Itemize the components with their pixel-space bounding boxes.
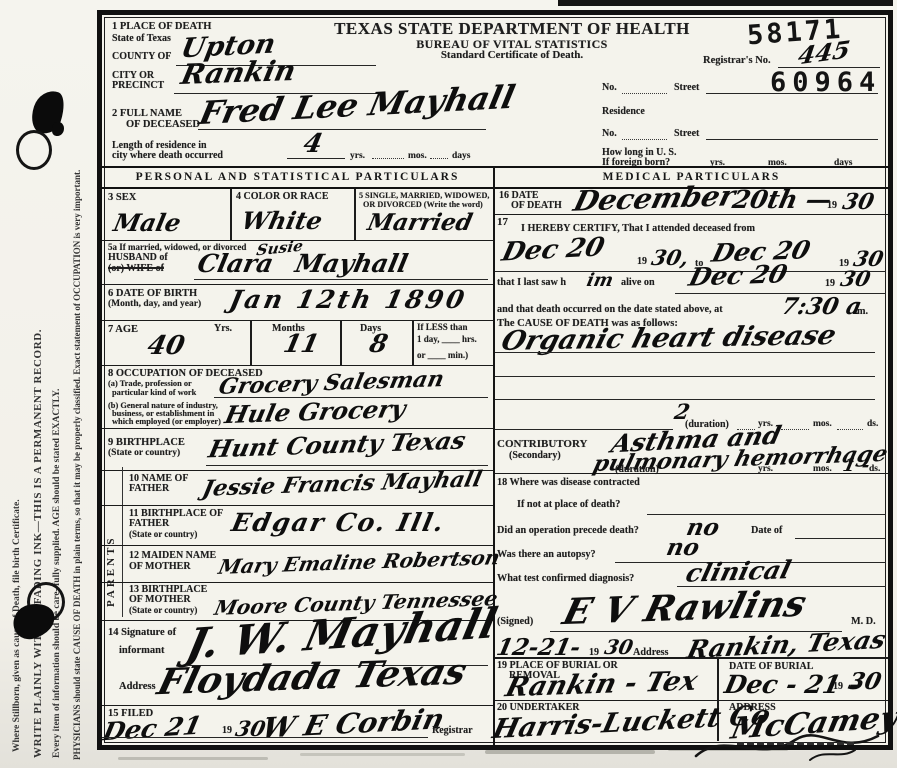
rule — [706, 93, 878, 94]
dob-label-2: (Month, day, and year) — [108, 300, 201, 310]
birthplace-label: 9 BIRTHPLACE — [108, 437, 185, 448]
rule — [198, 129, 486, 130]
full-name-label: 2 FULL NAME — [112, 108, 182, 119]
race-label: 4 COLOR OR RACE — [236, 192, 329, 203]
death-time-handwritten: 7:30 a — [780, 295, 864, 318]
cause-of-death-handwritten: Organic heart disease — [499, 322, 840, 355]
rule — [206, 465, 488, 466]
sex-label: 3 SEX — [108, 192, 136, 203]
residence-label: Residence — [602, 107, 645, 118]
saw-year-handwritten: 30 — [839, 268, 873, 289]
row-date-of-death: 16 DATE OF DEATH December 20th — 19 30 — [495, 189, 888, 215]
scan-streak — [485, 750, 655, 754]
death-year-prefix: 19 — [827, 201, 837, 212]
autopsy-label: Was there an autopsy? — [497, 550, 596, 561]
rule — [781, 429, 809, 430]
rule — [495, 376, 875, 377]
occupation-b-value-handwritten: Hule Grocery — [223, 397, 408, 427]
occupation-b3: which employed (or employer) — [112, 418, 221, 427]
saw-year-prefix: 19 — [825, 279, 835, 290]
standard-certificate-label: Standard Certificate of Death. — [327, 50, 697, 62]
row-certification: 17 I HEREBY CERTIFY, That I attended dec… — [495, 215, 888, 474]
age-less-label-3: or ____ min.) — [417, 351, 468, 360]
county-of-label: COUNTY OF — [112, 52, 171, 63]
father-bp-label-3: (State or country) — [129, 530, 197, 539]
from-year-handwritten: 30, — [650, 247, 691, 268]
informant-address-label: Address — [119, 681, 156, 692]
age-less-label-2: 1 day, ____ hrs. — [417, 335, 477, 344]
filed-date-handwritten: Dec 21 — [100, 713, 203, 745]
occupation-a-value-handwritten: Grocery Salesman — [217, 368, 446, 398]
burial-year-handwritten: 30 — [847, 670, 884, 693]
physician-address-label: Address — [633, 648, 668, 659]
divider — [412, 321, 414, 365]
physician-date-handwritten: 12-21- — [495, 636, 583, 659]
length-residence-value-handwritten: 4 — [301, 131, 325, 157]
age-months-value-handwritten: 11 — [281, 331, 321, 356]
certify-number: 17 — [497, 217, 508, 229]
rule — [647, 514, 886, 515]
dob-value-handwritten: Jan 12th 1890 — [227, 287, 469, 312]
registrar-no-label: Registrar's No. — [703, 55, 771, 66]
if-not-at-place-label: If not at place of death? — [517, 500, 620, 511]
rule — [372, 158, 404, 159]
of-deceased-label: OF DECEASED — [126, 119, 200, 130]
race-value-handwritten: White — [239, 209, 324, 233]
age-less-label-1: If LESS than — [417, 323, 468, 332]
title-block: TEXAS STATE DEPARTMENT OF HEALTH BUREAU … — [327, 20, 697, 62]
spouse-label-3-struck: (or) WIFE of — [108, 264, 164, 275]
spouse-value-handwritten: Clara Mayhall — [195, 251, 410, 276]
physician-signature-handwritten: E V Rawlins — [559, 586, 810, 630]
row-mother-maiden: 12 MAIDEN NAME OF MOTHER Mary Emaline Ro… — [102, 546, 493, 583]
row-informant: 14 Signature of informant J. W. Mayhall … — [102, 621, 493, 706]
row-spouse: 5a If married, widowed, or divorced HUSB… — [102, 241, 493, 285]
operation-label: Did an operation precede death? — [497, 526, 639, 537]
physician-year-handwritten: 30 — [603, 637, 635, 657]
length-residence-label2: city where death occurred — [112, 151, 223, 162]
rule — [622, 139, 667, 140]
street-label-1: Street — [674, 83, 699, 94]
rule — [837, 429, 863, 430]
city-value-handwritten: Rankin — [179, 57, 299, 89]
divider — [250, 321, 252, 365]
disease-contracted-label: 18 Where was disease contracted — [497, 478, 640, 489]
age-yrs-label: Yrs. — [214, 324, 232, 335]
rule — [430, 158, 448, 159]
row-disease-questions: 18 Where was disease contracted If not a… — [495, 474, 888, 659]
divider — [354, 189, 356, 240]
contributory-label: CONTRIBUTORY — [497, 439, 587, 451]
registrar-label: Registrar — [432, 726, 473, 737]
rule — [194, 279, 488, 280]
scanned-death-certificate: Where Stillborn, given as cause of Death… — [0, 0, 897, 768]
personal-column: PERSONAL AND STATISTICAL PARTICULARS 3 S… — [102, 166, 495, 745]
row-birthplace: 9 BIRTHPLACE (State or country) Hunt Cou… — [102, 429, 493, 471]
ink-ring-top — [16, 130, 52, 170]
informant-label-1: 14 Signature of — [108, 627, 176, 638]
burial-year-prefix: 19 — [833, 682, 843, 693]
mother-name-label-1: 12 MAIDEN NAME — [129, 551, 216, 562]
last-saw-date-handwritten: Dec 20 — [686, 261, 790, 289]
scan-streak — [300, 753, 465, 756]
divider — [230, 189, 232, 240]
margin-note-write-plainly: WRITE PLAINLY WITH UNFADING INK—THIS IS … — [32, 329, 44, 758]
scan-streak — [118, 757, 268, 760]
rule — [706, 139, 878, 140]
no-label-2: No. — [602, 129, 617, 140]
death-year-handwritten: 30 — [841, 191, 876, 213]
days-label: days — [452, 152, 470, 162]
mother-name-label-2: OF MOTHER — [129, 562, 191, 573]
state-of-texas-label: State of Texas — [112, 34, 171, 45]
street-label-2: Street — [674, 129, 699, 140]
rule — [102, 737, 428, 738]
row-father-name: 10 NAME OF FATHER Jessie Francis Mayhall — [102, 471, 493, 506]
marital-value-handwritten: Married — [366, 211, 475, 234]
sex-value-handwritten: Male — [111, 211, 183, 235]
last-saw-him-handwritten: im — [585, 272, 615, 290]
margin-note-physicians: PHYSICIANS should state CAUSE OF DEATH i… — [72, 170, 82, 760]
test-confirmed-label: What test confirmed diagnosis? — [497, 574, 634, 585]
mos-label: mos. — [408, 152, 427, 162]
medical-column: MEDICAL PARTICULARS 16 DATE OF DEATH Dec… — [495, 166, 888, 745]
spouse-label-2: HUSBAND of — [108, 253, 168, 264]
dob-label-1: 6 DATE OF BIRTH — [108, 288, 197, 299]
father-bp-label-2: FATHER — [129, 519, 169, 530]
last-saw-label-1: that I last saw h — [497, 278, 566, 289]
duration-mos-label: mos. — [813, 420, 832, 430]
rule — [287, 158, 345, 159]
filed-year-prefix: 19 — [222, 726, 232, 737]
father-bp-value-handwritten: Edgar Co. Ill. — [229, 510, 447, 535]
row-sex-race-marital: 3 SEX 4 COLOR OR RACE 5 SINGLE, MARRIED,… — [102, 189, 493, 241]
informant-label-2: informant — [119, 645, 165, 656]
row-father-birthplace: 11 BIRTHPLACE OF FATHER (State or countr… — [102, 506, 493, 546]
yrs-label: yrs. — [350, 152, 365, 162]
duration-ds-label: ds. — [867, 420, 878, 430]
margin-note-every-item: Every item of information should be care… — [52, 389, 62, 758]
death-month-handwritten: December — [571, 182, 738, 216]
row-filed: 15 FILED Dec 21 19 30 W E Corbin Registr… — [102, 706, 493, 741]
father-name-label-2: FATHER — [129, 484, 169, 495]
from-year-prefix: 19 — [637, 257, 647, 268]
personal-section-header: PERSONAL AND STATISTICAL PARTICULARS — [102, 166, 493, 189]
death-day-handwritten: 20th — — [730, 187, 834, 212]
rule — [795, 538, 886, 539]
physician-address-handwritten: Rankin, Texas — [685, 627, 888, 662]
death-occurred-label: and that death occurred on the date stat… — [497, 305, 723, 316]
mother-name-value-handwritten: Mary Emaline Robertson — [217, 547, 502, 577]
registrar-no-value-handwritten: 445 — [797, 38, 852, 69]
department-title: TEXAS STATE DEPARTMENT OF HEALTH — [327, 20, 697, 38]
age-label: 7 AGE — [108, 324, 138, 335]
mother-bp-label-2: OF MOTHER — [129, 595, 191, 606]
rule — [495, 352, 875, 353]
row-occupation: 8 OCCUPATION OF DECEASED (a) Trade, prof… — [102, 366, 493, 429]
precinct-label: PRECINCT — [112, 81, 164, 92]
age-days-value-handwritten: 8 — [367, 331, 390, 356]
burial-place-handwritten: Rankin - Tex — [503, 668, 701, 702]
death-time-m-label: m. — [857, 307, 868, 318]
autopsy-value-handwritten: no — [665, 536, 702, 559]
father-name-value-handwritten: Jessie Francis Mayhall — [201, 468, 484, 500]
row-age: 7 AGE Yrs. Months Days 40 11 8 If LESS t… — [102, 321, 493, 366]
test-value-handwritten: clinical — [683, 557, 793, 586]
row-burial: 19 PLACE OF BURIAL OR REMOVAL Rankin - T… — [495, 659, 888, 701]
field-1-place-of-death-label: 1 PLACE OF DEATH — [112, 21, 211, 32]
attended-from-date-handwritten: Dec 20 — [499, 234, 607, 265]
divider — [340, 321, 342, 365]
secondary-label: (Secondary) — [509, 451, 561, 462]
age-yrs-value-handwritten: 40 — [145, 333, 187, 359]
informant-address-handwritten: Floydada Texas — [154, 654, 470, 701]
scan-artifact-top-bar — [558, 0, 893, 6]
birthplace-value-handwritten: Hunt County Texas — [206, 429, 467, 462]
divider — [717, 659, 719, 700]
ink-blot-top-drip — [52, 122, 64, 136]
occupation-a2: particular kind of work — [112, 389, 196, 398]
row-date-of-birth: 6 DATE OF BIRTH (Month, day, and year) J… — [102, 285, 493, 321]
printer-code-smudge — [737, 742, 855, 745]
signed-label: (Signed) — [497, 617, 533, 628]
no-label-1: No. — [602, 83, 617, 94]
birthplace-sub-label: (State or country) — [108, 449, 180, 459]
last-saw-label-2: alive on — [621, 278, 655, 289]
rule — [622, 93, 667, 94]
columns: PERSONAL AND STATISTICAL PARTICULARS 3 S… — [102, 166, 888, 745]
physician-year-prefix: 19 — [589, 648, 599, 659]
stamp-flourish-mark — [690, 726, 885, 766]
certificate-body: 1 PLACE OF DEATH State of Texas COUNTY O… — [97, 10, 893, 750]
mother-bp-label-3: (State or country) — [129, 606, 197, 615]
contrib-ds-value-handwritten: 1 - — [841, 457, 871, 475]
operation-date-label: Date of — [751, 526, 782, 537]
death-date-label-2: OF DEATH — [511, 201, 562, 212]
